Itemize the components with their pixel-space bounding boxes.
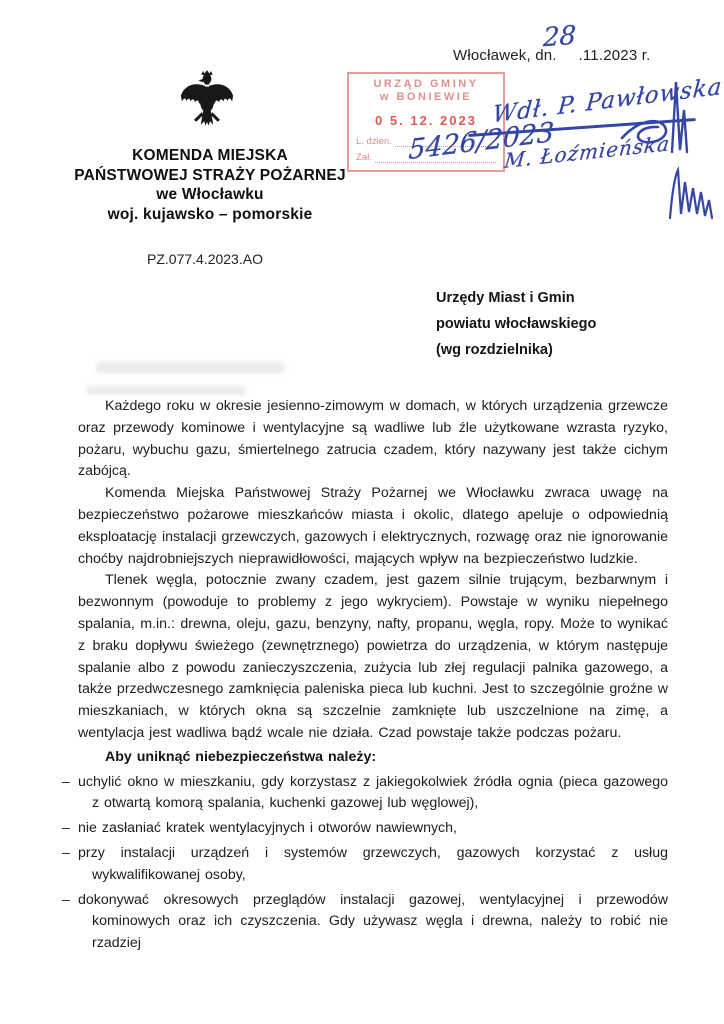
addressee-line: (wg rozdzielnika): [436, 337, 596, 363]
scanned-letter-page: 28 Włocławek, dn. .11.2023 r. URZĄD GMIN…: [0, 0, 724, 1024]
stamp-office-location: w BONIEWIE: [356, 91, 496, 104]
dash-marker: –: [62, 890, 78, 912]
safety-list-item: –uchylić okno w mieszkaniu, gdy korzysta…: [78, 772, 668, 816]
letterhead-line-3: we Włocławku: [38, 185, 382, 205]
addressee-line: powiatu włocławskiego: [436, 311, 596, 337]
body-paragraph: Każdego roku w okresie jesienno-zimowym …: [78, 396, 668, 483]
body-paragraph: Tlenek węgla, potocznie zwany czadem, je…: [78, 570, 668, 744]
safety-list-item-text: nie zasłaniać kratek wentylacyjnych i ot…: [78, 820, 457, 836]
signature-flourish: [612, 76, 724, 242]
letterhead-line-1: KOMENDA MIEJSKA: [38, 146, 382, 166]
safety-list-item: –nie zasłaniać kratek wentylacyjnych i o…: [78, 818, 668, 840]
dash-marker: –: [62, 818, 78, 840]
bleed-through-smudge: [96, 362, 284, 373]
safety-list: –uchylić okno w mieszkaniu, gdy korzysta…: [78, 772, 668, 955]
safety-list-heading: Aby uniknąć niebezpieczeństwa należy:: [78, 747, 668, 769]
dash-marker: –: [62, 772, 78, 794]
bleed-through-smudge: [86, 386, 246, 395]
polish-eagle-emblem: [178, 66, 236, 136]
letterhead: KOMENDA MIEJSKA PAŃSTWOWEJ STRAŻY POŻARN…: [38, 146, 382, 224]
safety-list-item: –dokonywać okresowych przeglądów instala…: [78, 890, 668, 955]
body-paragraph: Komenda Miejska Państwowej Straży Pożarn…: [78, 483, 668, 570]
safety-list-item-text: dokonywać okresowych przeglądów instalac…: [78, 892, 668, 952]
letterhead-line-2: PAŃSTWOWEJ STRAŻY POŻARNEJ: [38, 166, 382, 186]
safety-list-item-text: uchylić okno w mieszkaniu, gdy korzystas…: [78, 774, 668, 812]
dash-marker: –: [62, 843, 78, 865]
stamp-office-name: URZĄD GMINY: [356, 78, 496, 91]
safety-list-item: –przy instalacji urządzeń i systemów grz…: [78, 843, 668, 887]
letterhead-line-4: woj. kujawsko – pomorskie: [38, 205, 382, 225]
reference-number: PZ.077.4.2023.AO: [147, 251, 263, 267]
addressee-block: Urzędy Miast i Gmin powiatu włocławskieg…: [436, 285, 596, 363]
safety-list-item-text: przy instalacji urządzeń i systemów grze…: [78, 845, 668, 883]
body-paragraphs: Każdego roku w okresie jesienno-zimowym …: [78, 396, 668, 745]
addressee-line: Urzędy Miast i Gmin: [436, 285, 596, 311]
date-line: Włocławek, dn. .11.2023 r.: [453, 47, 650, 64]
letter-body: Każdego roku w okresie jesienno-zimowym …: [78, 396, 668, 955]
